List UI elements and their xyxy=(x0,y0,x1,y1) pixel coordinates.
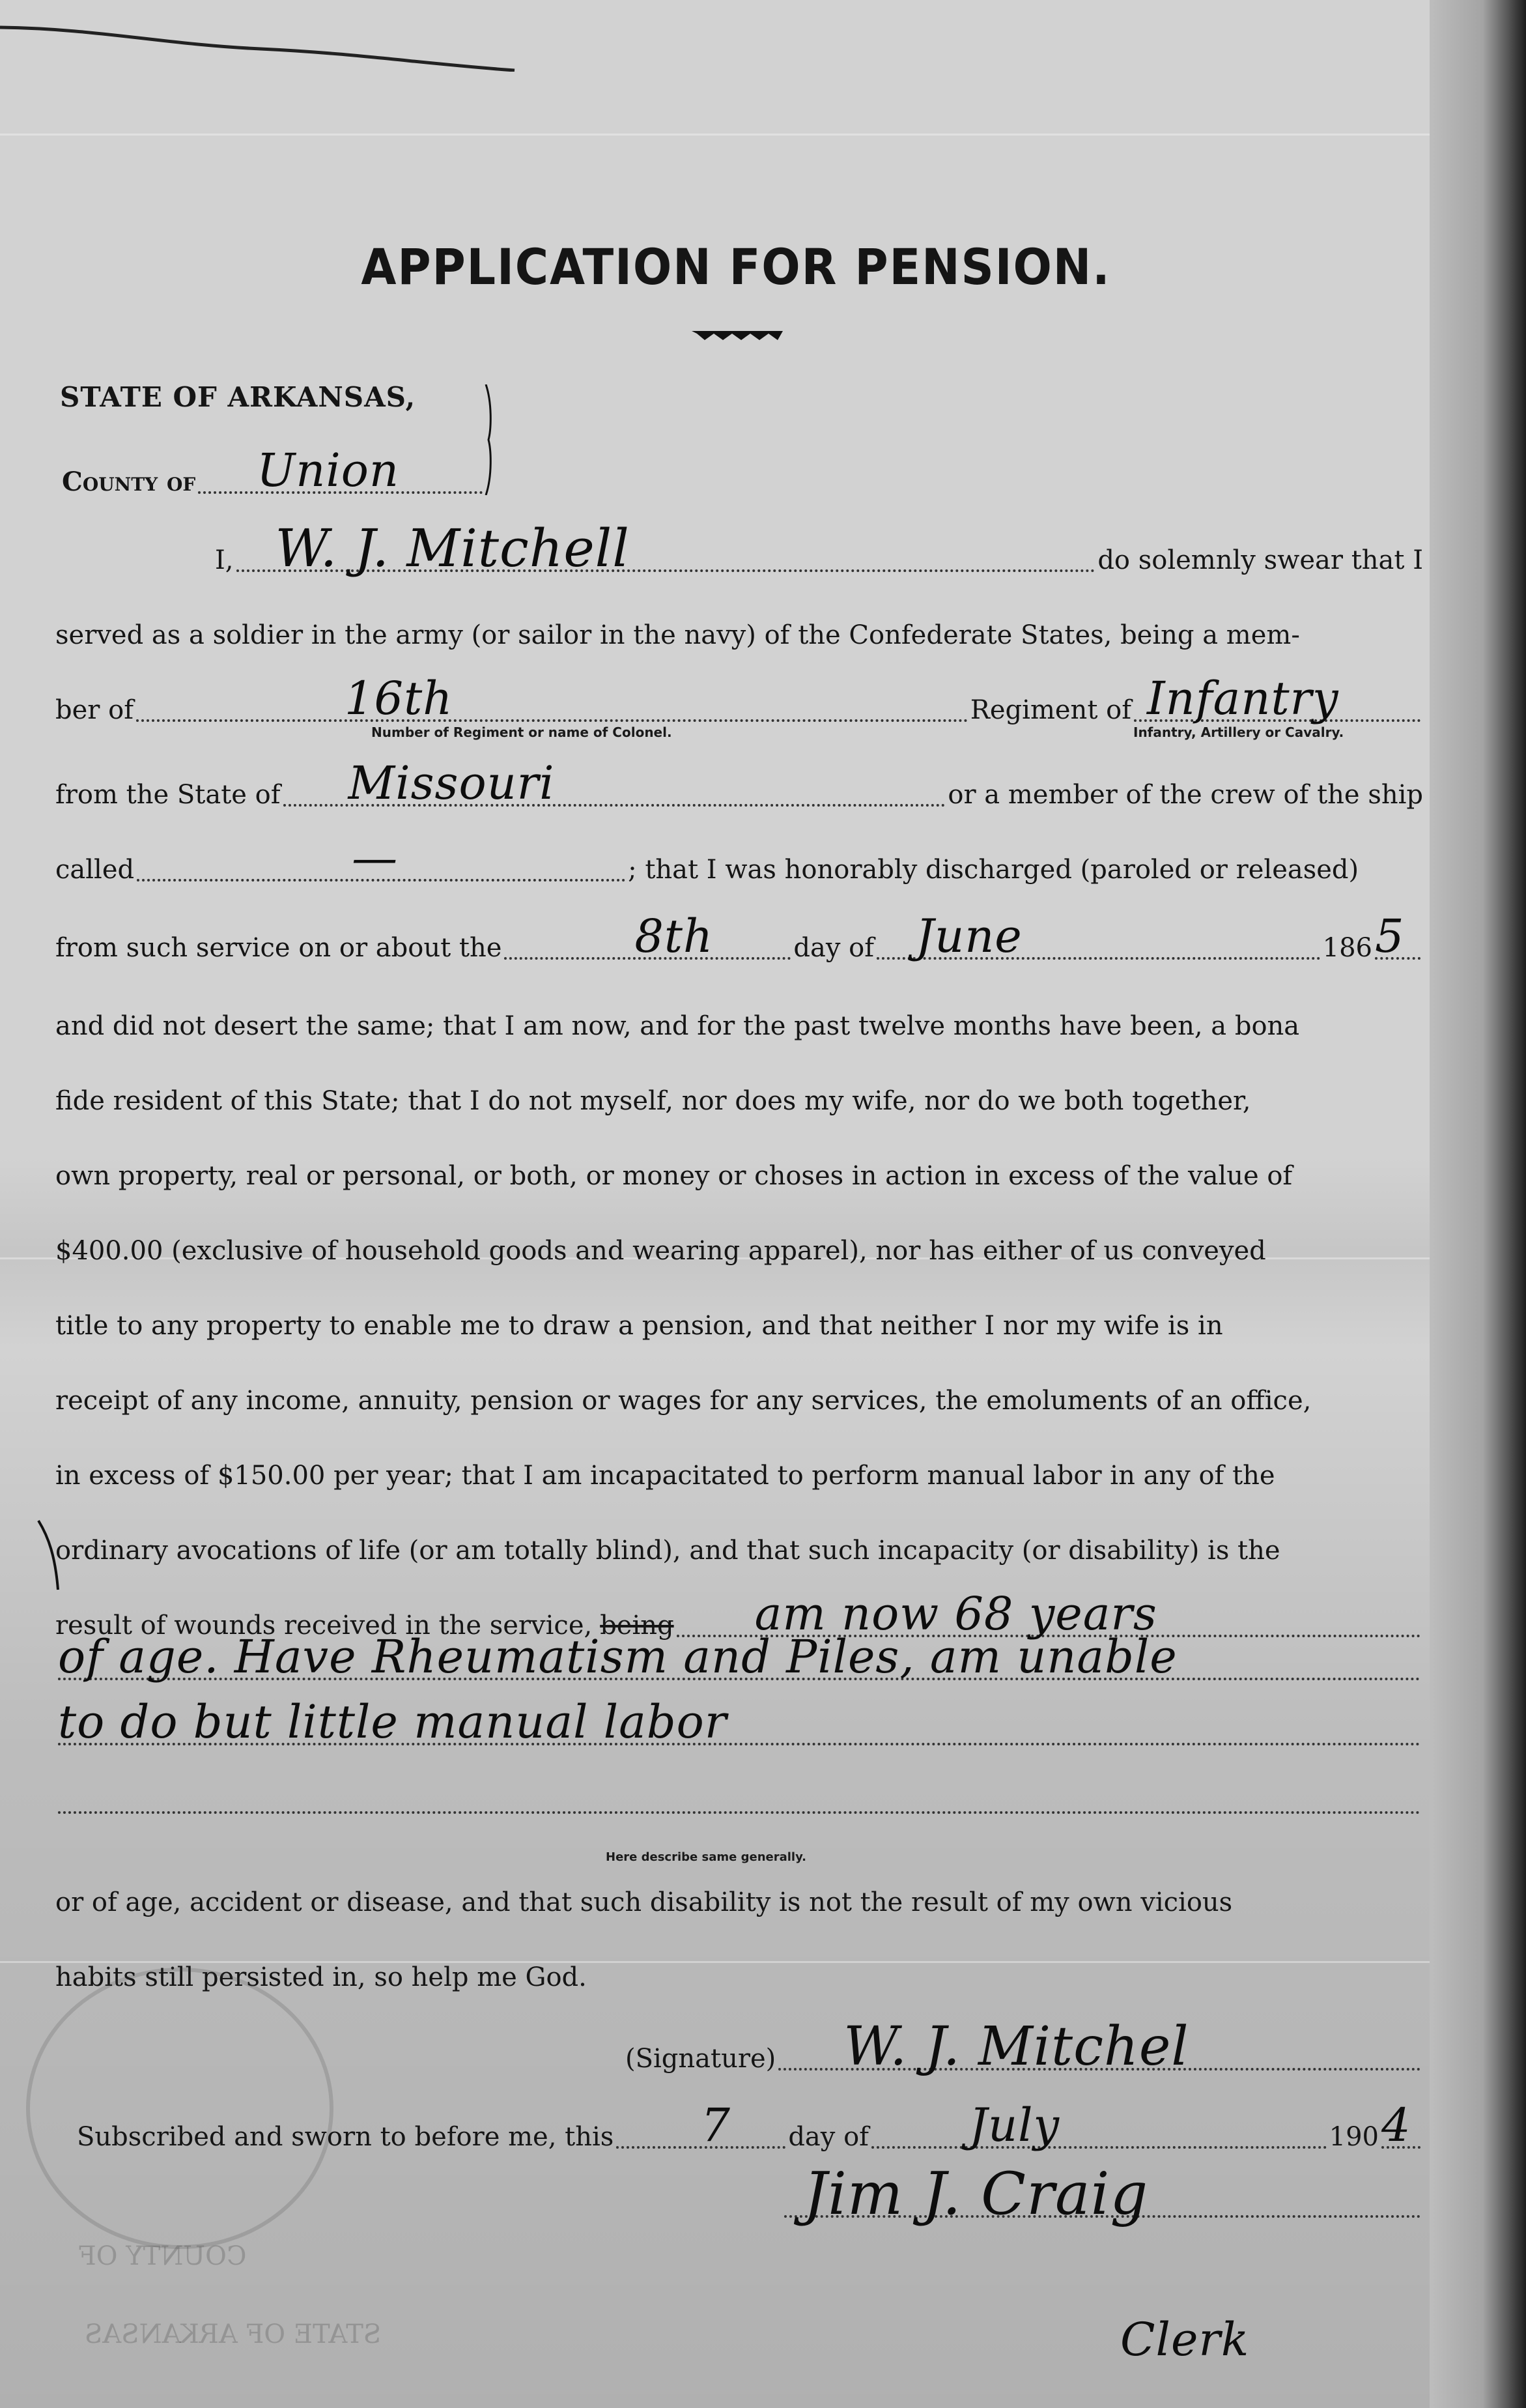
body-line: own property, real or personal, or both,… xyxy=(55,1156,1423,1196)
page-title: APPLICATION FOR PENSION. xyxy=(59,238,1413,296)
fold-line xyxy=(0,134,1472,136)
discharge-month-value: June xyxy=(916,917,1023,956)
county-value: Union xyxy=(257,451,399,490)
regiment-number-caption: Number of Regiment or name of Colonel. xyxy=(371,724,672,740)
regiment-number-value: 16th xyxy=(345,679,453,718)
sworn-month-field[interactable]: July xyxy=(871,2146,1327,2149)
title-ornament xyxy=(692,331,783,341)
oath-line: I, W. J. Mitchell do solemnly swear that… xyxy=(215,541,1423,580)
official-name: Jim J. Craig xyxy=(804,2175,1148,2214)
ship-name-value: — xyxy=(352,838,398,878)
sworn-month-value: July xyxy=(969,2106,1060,2145)
regiment-branch-field[interactable]: Infantry xyxy=(1134,719,1420,722)
ship-line: called — ; that I was honorably discharg… xyxy=(55,850,1423,889)
ship-name-field[interactable]: — xyxy=(137,879,625,881)
body-line: fide resident of this State; that I do n… xyxy=(55,1082,1423,1121)
discharge-day-value: 8th xyxy=(634,917,713,956)
sworn-year-value: 4 xyxy=(1381,2106,1411,2145)
discharge-line: from such service on or about the 8th da… xyxy=(55,928,1423,967)
disability-field-4[interactable] xyxy=(58,1811,1420,1814)
signature-line: (Signature) W. J. Mitchel xyxy=(625,2039,1423,2078)
county-field[interactable]: Union xyxy=(198,491,483,494)
seal-text: COUNTY OF xyxy=(78,2241,246,2271)
disability-field-3[interactable]: to do but little manual labor xyxy=(58,1743,1420,1745)
disability-line-2: of age. Have Rheumatism and Piles, am un… xyxy=(55,1678,1423,1688)
sworn-line: Subscribed and sworn to before me, this … xyxy=(77,2117,1423,2157)
state-origin-value: Missouri xyxy=(348,764,555,803)
state-line: STATE OF ARKANSAS, xyxy=(60,378,1428,417)
discharge-year-value: 5 xyxy=(1375,917,1405,956)
page-edge-shadow xyxy=(1430,0,1526,2408)
regiment-branch-value: Infantry xyxy=(1147,679,1339,718)
notary-seal xyxy=(26,1968,333,2249)
body-line: in excess of $150.00 per year; that I am… xyxy=(55,1456,1423,1495)
disability-line-4 xyxy=(55,1811,1423,1822)
service-line: served as a soldier in the army (or sail… xyxy=(55,616,1423,655)
state-origin-line: from the State of Missouri or a member o… xyxy=(55,775,1423,814)
state-origin-field[interactable]: Missouri xyxy=(283,804,946,807)
disability-line-3: to do but little manual labor xyxy=(55,1743,1423,1753)
body-line: title to any property to enable me to dr… xyxy=(55,1306,1423,1345)
applicant-name-value: W. J. Mitchell xyxy=(276,529,630,568)
disability-caption: Here describe same generally. xyxy=(606,1850,806,1864)
regiment-number-field[interactable]: 16th xyxy=(136,719,968,722)
closing-line: or of age, accident or disease, and that… xyxy=(55,1883,1423,1922)
regiment-line: ber of 16th Regiment of Infantry xyxy=(55,691,1423,730)
seal-text: STATE OF ARKANSAS xyxy=(85,2319,381,2349)
regiment-branch-caption: Infantry, Artillery or Cavalry. xyxy=(1133,724,1344,740)
sworn-year-field[interactable]: 4 xyxy=(1381,2146,1420,2149)
sworn-day-value: 7 xyxy=(701,2106,731,2145)
stray-pen-stroke xyxy=(0,20,782,72)
discharge-month-field[interactable]: June xyxy=(877,957,1320,960)
body-line: and did not desert the same; that I am n… xyxy=(55,1007,1423,1046)
signature-field[interactable]: W. J. Mitchel xyxy=(778,2068,1420,2071)
body-line: $400.00 (exclusive of household goods an… xyxy=(55,1231,1423,1270)
discharge-year-field[interactable]: 5 xyxy=(1375,957,1420,960)
body-line: receipt of any income, annuity, pension … xyxy=(55,1381,1423,1420)
disability-value-line2: of age. Have Rheumatism and Piles, am un… xyxy=(58,1637,1178,1676)
disability-value-line1: am now 68 years xyxy=(755,1594,1157,1633)
applicant-name-field[interactable]: W. J. Mitchell xyxy=(236,569,1095,572)
sworn-day-field[interactable]: 7 xyxy=(616,2146,785,2149)
disability-value-line3: to do but little manual labor xyxy=(58,1702,727,1741)
official-line: Jim J. Craig xyxy=(782,2215,1423,2226)
county-line: County of Union xyxy=(62,463,485,502)
signature-value: W. J. Mitchel xyxy=(843,2028,1189,2067)
discharge-day-field[interactable]: 8th xyxy=(504,957,791,960)
official-title: Clerk xyxy=(1120,2313,1249,2366)
body-line: ordinary avocations of life (or am total… xyxy=(55,1531,1423,1570)
document-page: APPLICATION FOR PENSION. STATE OF ARKANS… xyxy=(0,0,1472,2408)
official-signature-field[interactable]: Jim J. Craig xyxy=(784,2215,1420,2218)
disability-field-2[interactable]: of age. Have Rheumatism and Piles, am un… xyxy=(58,1678,1420,1680)
